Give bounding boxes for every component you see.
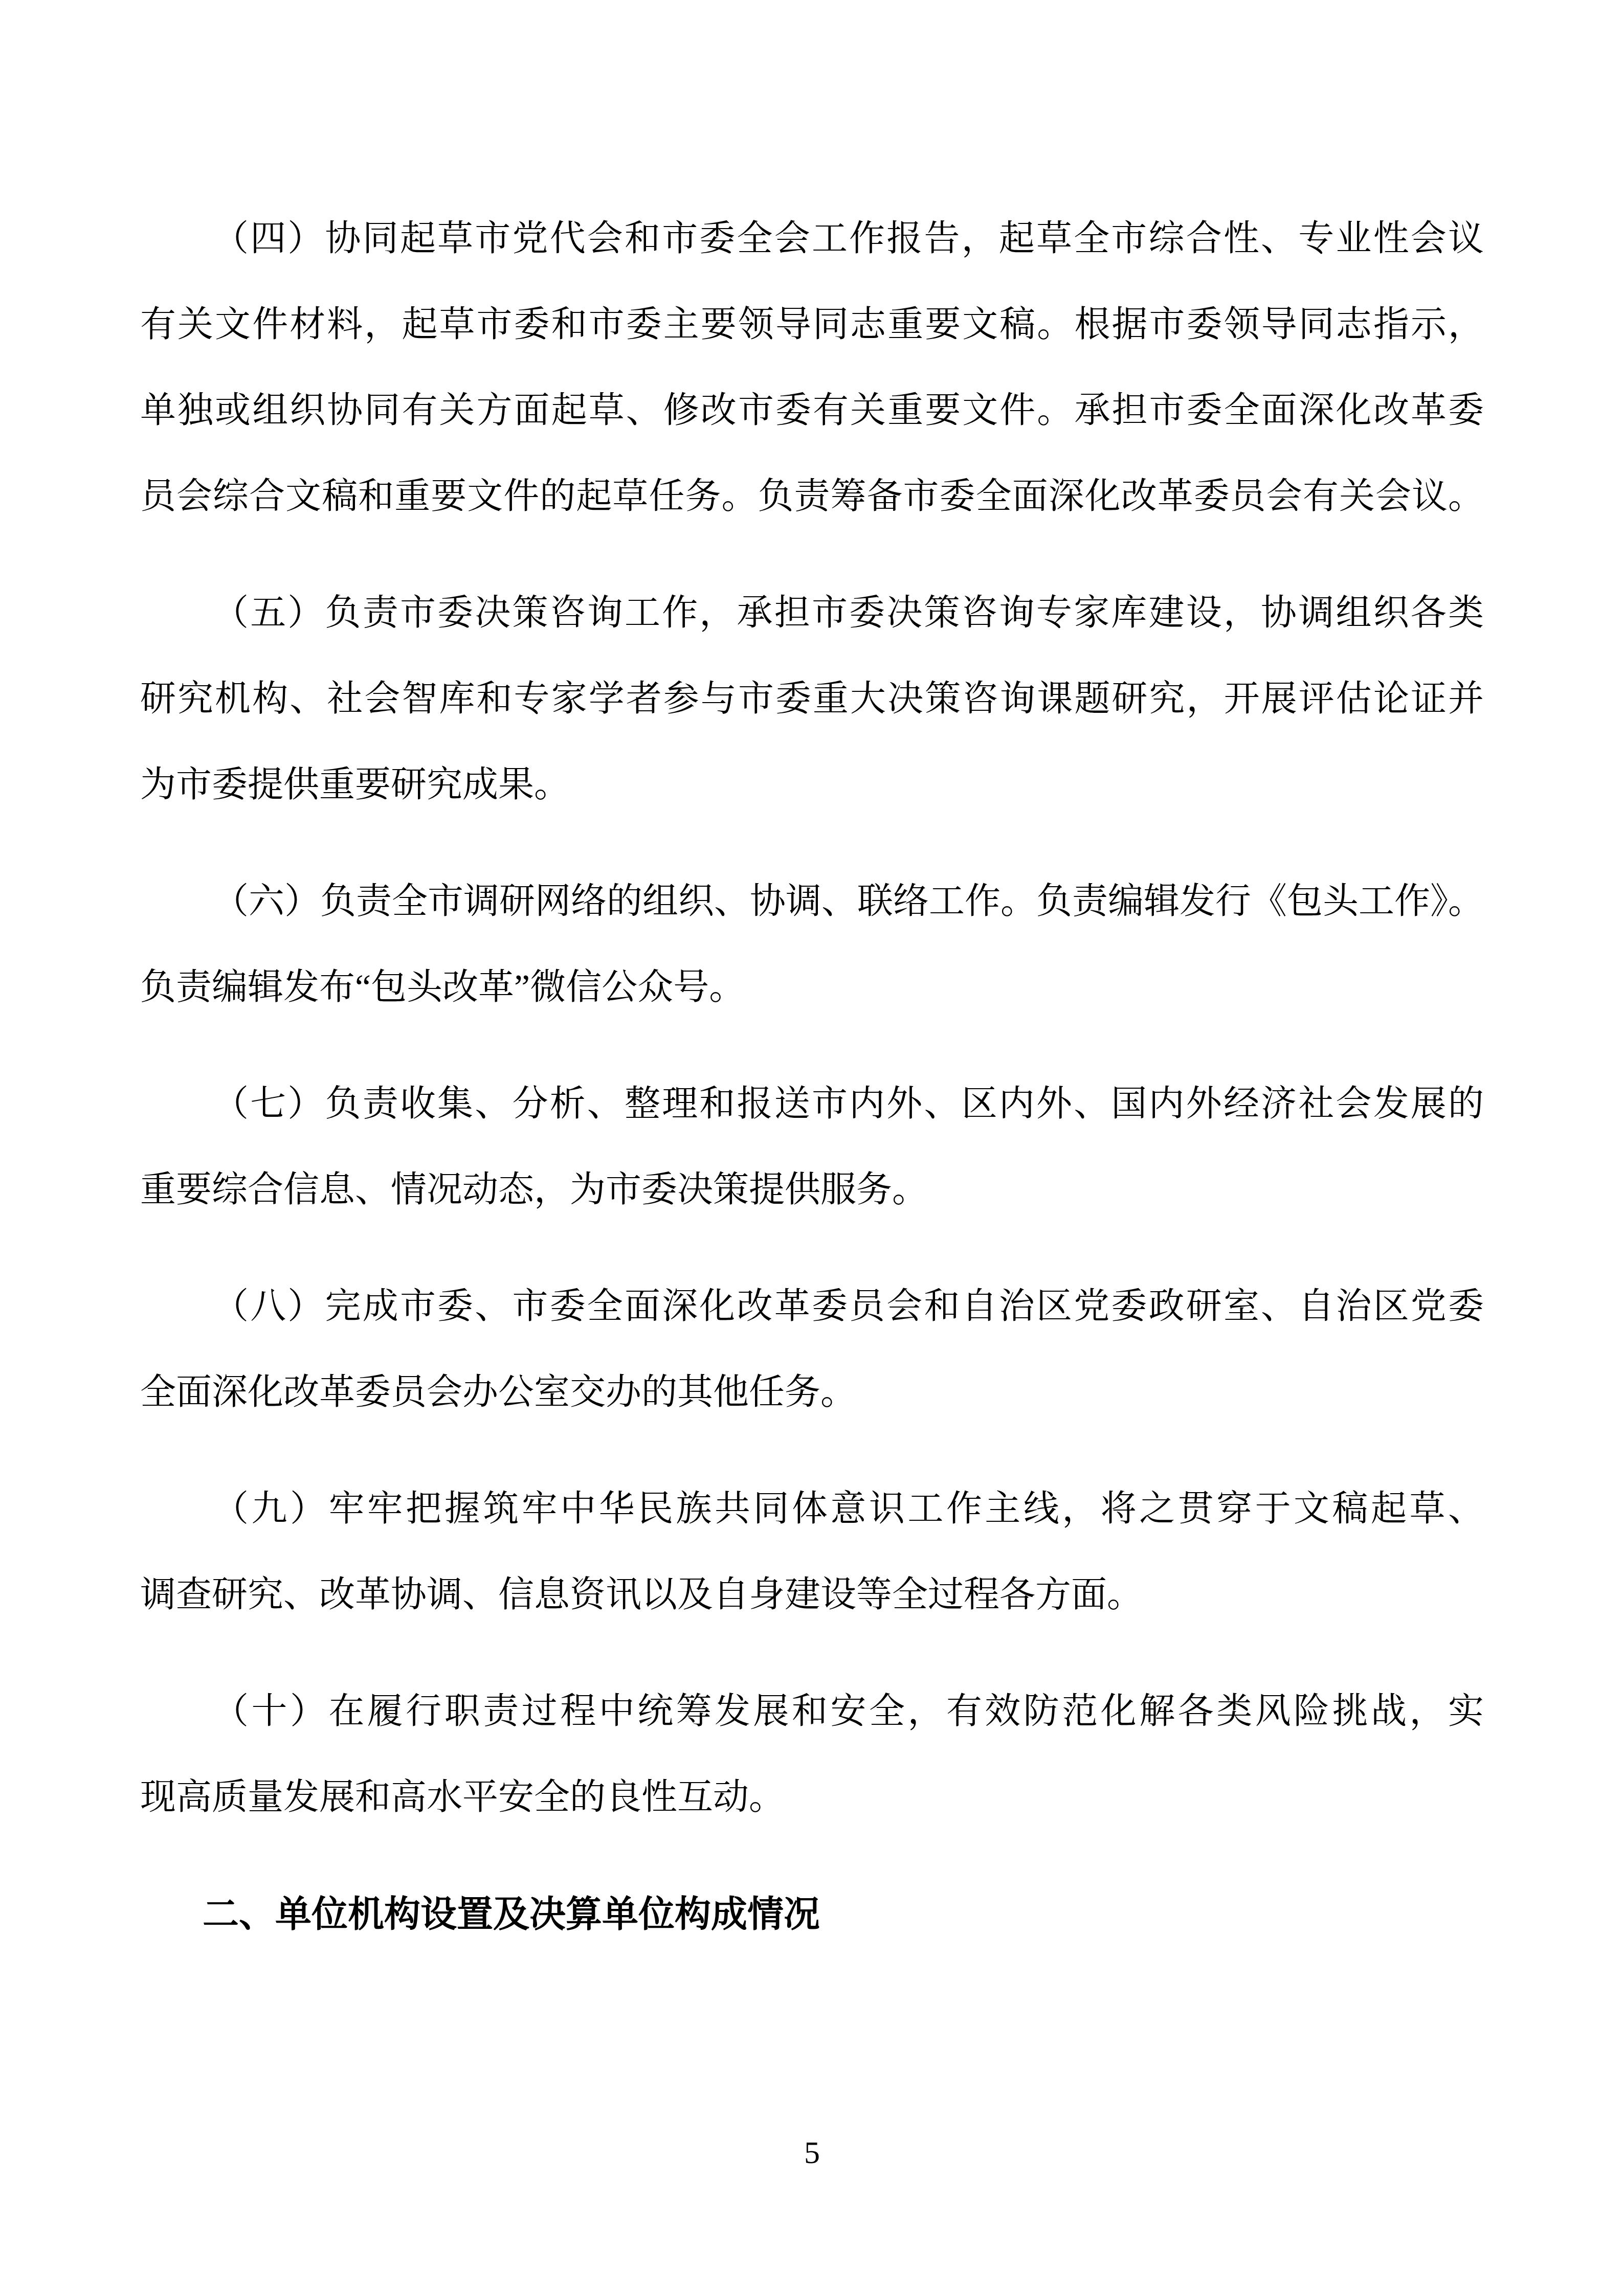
paragraph-5: （五）负责市委决策咨询工作，承担市委决策咨询专家库建设，协调组织各类 研究机构、… (140, 571, 1484, 828)
text-line: （八）完成市委、市委全面深化改革委员会和自治区党委政研室、自治区党委 (140, 1264, 1484, 1350)
text-line: （六）负责全市调研网络的组织、协调、联络工作。负责编辑发行《包头工作》。 (140, 859, 1484, 945)
paragraph-6: （六）负责全市调研网络的组织、协调、联络工作。负责编辑发行《包头工作》。 负责编… (140, 859, 1484, 1031)
text-line: （四）协同起草市党代会和市委全会工作报告，起草全市综合性、专业性会议 (140, 196, 1484, 282)
text-line: 全面深化改革委员会办公室交办的其他任务。 (140, 1350, 1484, 1436)
paragraph-4: （四）协同起草市党代会和市委全会工作报告，起草全市综合性、专业性会议 有关文件材… (140, 196, 1484, 540)
paragraph-10: （十）在履行职责过程中统筹发展和安全，有效防范化解各类风险挑战，实 现高质量发展… (140, 1669, 1484, 1841)
document-page: （四）协同起草市党代会和市委全会工作报告，起草全市综合性、专业性会议 有关文件材… (0, 0, 1624, 2296)
text-line: 有关文件材料，起草市委和市委主要领导同志重要文稿。根据市委领导同志指示， (140, 282, 1484, 368)
text-line: 现高质量发展和高水平安全的良性互动。 (140, 1755, 1484, 1841)
text-line: （九）牢牢把握筑牢中华民族共同体意识工作主线，将之贯穿于文稿起草、 (140, 1467, 1484, 1552)
paragraph-8: （八）完成市委、市委全面深化改革委员会和自治区党委政研室、自治区党委 全面深化改… (140, 1264, 1484, 1436)
text-line: （十）在履行职责过程中统筹发展和安全，有效防范化解各类风险挑战，实 (140, 1669, 1484, 1755)
text-line: （七）负责收集、分析、整理和报送市内外、区内外、国内外经济社会发展的 (140, 1062, 1484, 1147)
paragraph-9: （九）牢牢把握筑牢中华民族共同体意识工作主线，将之贯穿于文稿起草、 调查研究、改… (140, 1467, 1484, 1638)
text-line: 研究机构、社会智库和专家学者参与市委重大决策咨询课题研究，开展评估论证并 (140, 657, 1484, 742)
text-line: 重要综合信息、情况动态，为市委决策提供服务。 (140, 1147, 1484, 1233)
page-number: 5 (0, 2132, 1624, 2173)
document-body: （四）协同起草市党代会和市委全会工作报告，起草全市综合性、专业性会议 有关文件材… (140, 196, 1484, 1957)
text-line: 调查研究、改革协调、信息资讯以及自身建设等全过程各方面。 (140, 1552, 1484, 1638)
text-line: 单独或组织协同有关方面起草、修改市委有关重要文件。承担市委全面深化改革委 (140, 368, 1484, 454)
text-line: 为市委提供重要研究成果。 (140, 742, 1484, 828)
paragraph-7: （七）负责收集、分析、整理和报送市内外、区内外、国内外经济社会发展的 重要综合信… (140, 1062, 1484, 1233)
section-heading: 二、单位机构设置及决算单位构成情况 (140, 1872, 1484, 1957)
text-line: 负责编辑发布“包头改革”微信公众号。 (140, 945, 1484, 1031)
text-line: （五）负责市委决策咨询工作，承担市委决策咨询专家库建设，协调组织各类 (140, 571, 1484, 657)
text-line: 员会综合文稿和重要文件的起草任务。负责筹备市委全面深化改革委员会有关会议。 (140, 454, 1484, 540)
